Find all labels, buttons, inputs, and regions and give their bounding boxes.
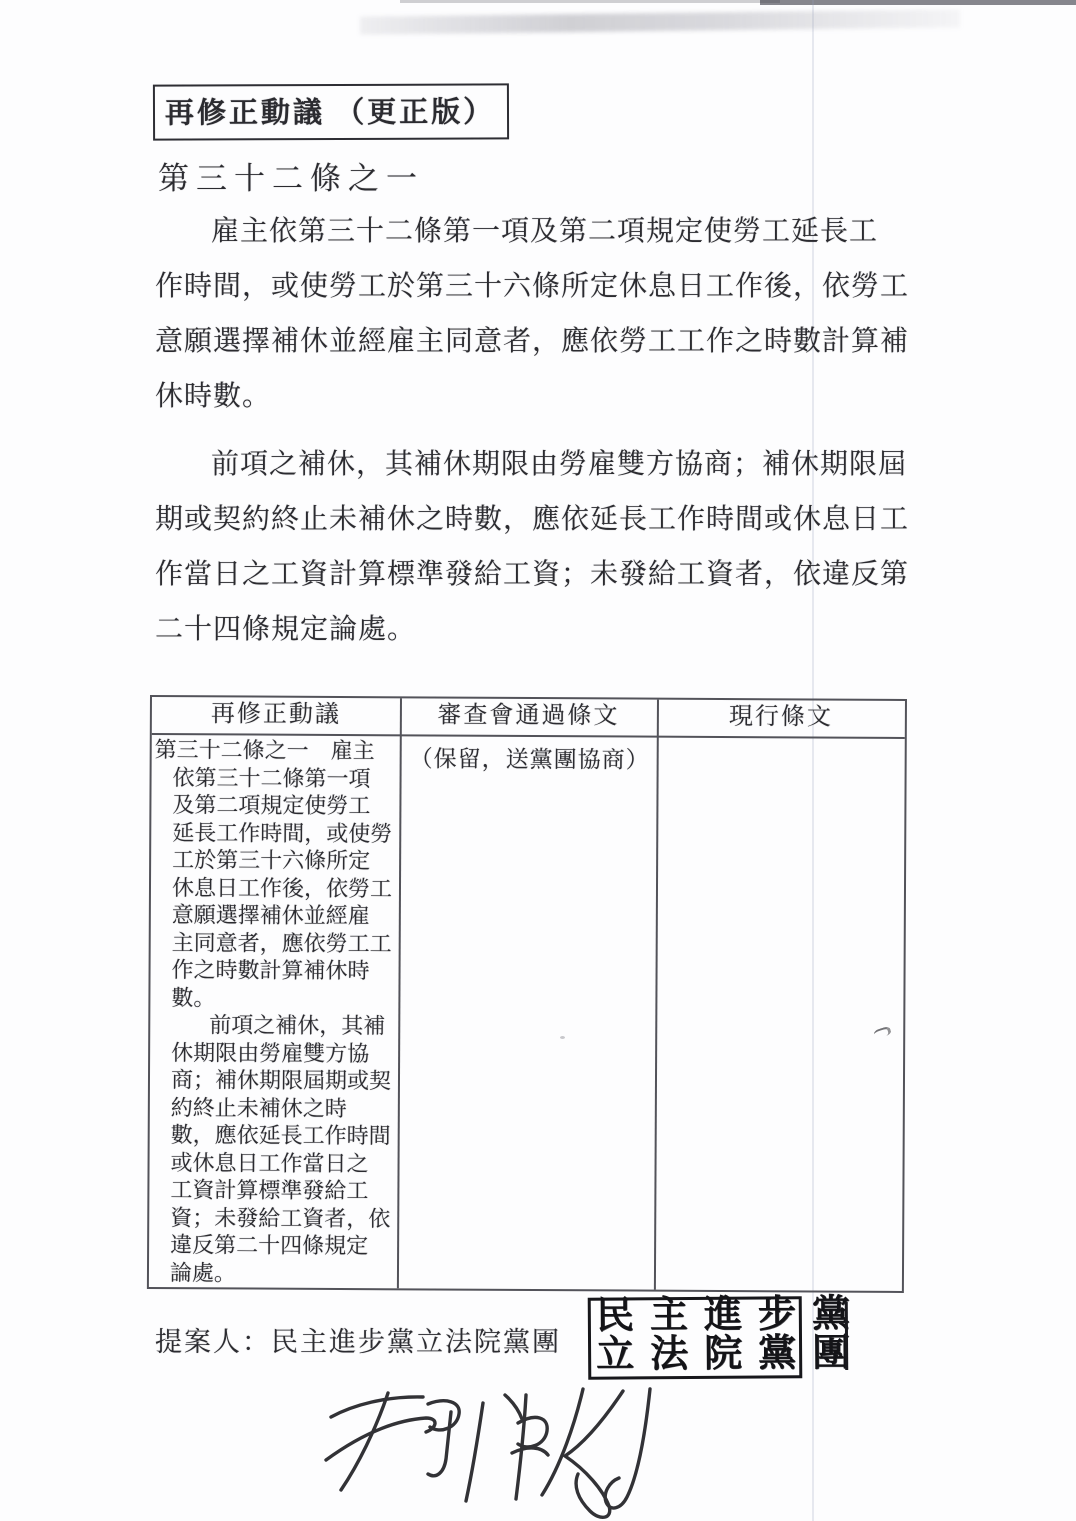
caucus-stamp: 民主進步黨 立法院黨團	[596, 1295, 867, 1375]
text-line: 依第三十二條第一項	[154, 765, 396, 794]
caucus-stamp-right-tick	[845, 1302, 848, 1370]
body-paragraph-1: 雇主依第三十二條第一項及第二項規定使勞工延長工作時間，或使勞工於第三十六條所定休…	[155, 212, 935, 432]
caucus-stamp-row-1: 民主進步黨	[596, 1295, 866, 1336]
proposer-line: 提案人：民主進步黨立法院黨團	[155, 1320, 561, 1359]
text-line: 主同意者，應依勞工工	[154, 930, 396, 959]
text-line: 論處。	[152, 1260, 394, 1289]
table-header-motion: 再修正動議	[152, 697, 400, 734]
scanned-document-page: 再修正動議 （更正版） 第三十二條之一 雇主依第三十二條第一項及第二項規定使勞工…	[0, 0, 1076, 1521]
document-title: 再修正動議 （更正版）	[165, 96, 495, 129]
text-line: 意願選擇補休並經雇主同意者，應依勞工工作之時數計算補	[155, 322, 935, 377]
text-line: 休時數。	[155, 377, 935, 432]
scan-top-edge-light	[400, 0, 780, 3]
text-line: 延長工作時間，或使勞	[154, 820, 396, 849]
text-line: 工於第三十六條所定	[154, 847, 396, 876]
article-heading: 第三十二條之一	[158, 153, 424, 198]
text-line: 第三十二條之一 雇主	[155, 737, 397, 766]
table-header-committee: 審查會通過條文	[400, 698, 657, 735]
table-cell-motion-text: 第三十二條之一 雇主依第三十二條第一項及第二項規定使勞工延長工作時間，或使勞工於…	[152, 737, 397, 1288]
text-line: 休期限由勞雇雙方協	[153, 1040, 395, 1069]
signature-area	[278, 1381, 678, 1521]
caucus-stamp-row-2: 立法院黨團	[596, 1334, 866, 1375]
text-line: 雇主依第三十二條第一項及第二項規定使勞工延長工	[155, 212, 935, 267]
table-header-current: 現行條文	[657, 700, 905, 737]
scan-streak-artifact	[360, 9, 960, 34]
text-line: 前項之補休，其補	[153, 1012, 395, 1041]
text-line: 及第二項規定使勞工	[154, 792, 396, 821]
text-line: 或休息日工作當日之	[152, 1150, 394, 1179]
text-line: 約終止未補休之時	[153, 1095, 395, 1124]
table-column-divider-1	[397, 698, 402, 1288]
text-line: 作當日之工資計算標準發給工資；未發給工資者，依違反第	[155, 555, 935, 610]
text-line: 休息日工作後，依勞工	[154, 875, 396, 904]
table-header-row: 再修正動議 審查會通過條文 現行條文	[152, 697, 905, 739]
body-paragraph-2: 前項之補休，其補休期限由勞雇雙方協商；補休期限屆期或契約終止未補休之時數，應依延…	[155, 445, 935, 665]
text-line: 數。	[153, 985, 395, 1014]
scan-top-edge-dark	[760, 0, 1076, 5]
text-line: 意願選擇補休並經雇	[154, 902, 396, 931]
text-line: 作之時數計算補休時	[153, 957, 395, 986]
text-line: 資；未發給工資者，依	[152, 1205, 394, 1234]
handwritten-signature-icon	[278, 1381, 678, 1521]
text-line: 工資計算標準發給工	[152, 1177, 394, 1206]
text-line: 作時間，或使勞工於第三十六條所定休息日工作後，依勞工	[155, 267, 935, 322]
table-cell-committee-note: （保留，送黨團協商）	[410, 740, 650, 774]
text-line: 商；補休期限屆期或契	[153, 1067, 395, 1096]
text-line: 期或契約終止未補休之時數，應依延長工作時間或休息日工	[155, 500, 935, 555]
text-line: 前項之補休，其補休期限由勞雇雙方協商；補休期限屆	[155, 445, 935, 500]
text-line: 二十四條規定論處。	[155, 610, 935, 665]
document-title-box: 再修正動議 （更正版）	[153, 83, 509, 140]
comparison-table: 再修正動議 審查會通過條文 現行條文 第三十二條之一 雇主依第三十二條第一項及第…	[147, 695, 907, 1293]
text-line: 違反第二十四條規定	[152, 1232, 394, 1261]
table-column-divider-2	[654, 700, 659, 1290]
text-line: 數，應依延長工作時間	[153, 1122, 395, 1151]
